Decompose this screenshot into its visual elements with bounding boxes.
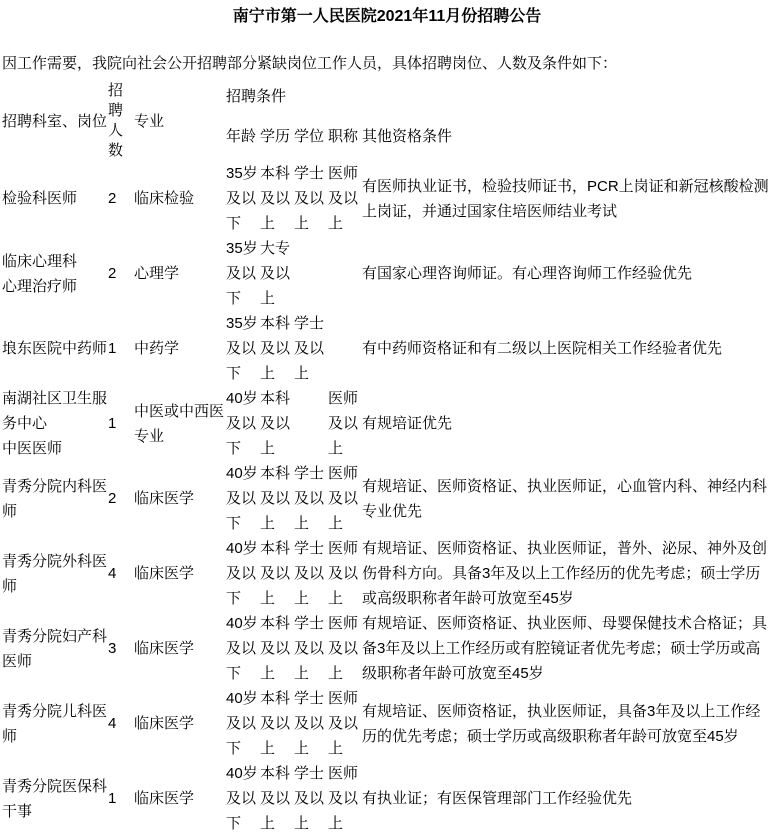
dept-cell: 青秀分院妇产科医师 bbox=[2, 611, 108, 686]
intro-text: 因工作需要，我院向社会公开招聘部分紧缺岗位工作人员，具体招聘岗位、人数及条件如下… bbox=[2, 55, 774, 73]
other-conditions-cell: 有规培证、医师资格证、执业医师证，心血管内科、神经内科专业优先 bbox=[362, 461, 774, 536]
age-cell: 35岁及以下 bbox=[226, 236, 260, 311]
count-cell: 2 bbox=[108, 461, 134, 536]
age-cell: 40岁及以下 bbox=[226, 686, 260, 761]
table-row: 青秀分院妇产科医师 3 临床医学 40岁及以下 本科及以上 学士及以上 医师及以… bbox=[2, 611, 774, 686]
header-age: 年龄 bbox=[226, 113, 260, 161]
age-cell: 40岁及以下 bbox=[226, 611, 260, 686]
major-cell: 临床医学 bbox=[134, 536, 226, 611]
recruitment-table: 招聘科室、岗位 招聘人数 专业 招聘条件 年龄 学历 学位 职称 其他资格条件 … bbox=[2, 81, 774, 836]
other-conditions-cell: 有国家心理咨询师证。有心理咨询师工作经验优先 bbox=[362, 236, 774, 311]
degree-cell: 学士及以上 bbox=[294, 311, 328, 386]
other-conditions-cell: 有中药师资格证和有二级以上医院相关工作经验者优先 bbox=[362, 311, 774, 386]
education-cell: 本科及以上 bbox=[260, 761, 294, 836]
dept-cell: 青秀分院医保科干事 bbox=[2, 761, 108, 836]
dept-cell: 临床心理科 心理治疗师 bbox=[2, 236, 108, 311]
major-cell: 心理学 bbox=[134, 236, 226, 311]
page-title: 南宁市第一人民医院2021年11月份招聘公告 bbox=[0, 0, 774, 27]
table-row: 青秀分院儿科医师 4 临床医学 40岁及以下 本科及以上 学士及以上 医师及以上… bbox=[2, 686, 774, 761]
table-row: 埌东医院中药师 1 中药学 35岁及以下 本科及以上 学士及以上 有中药师资格证… bbox=[2, 311, 774, 386]
age-cell: 40岁及以下 bbox=[226, 761, 260, 836]
table-row: 青秀分院外科医师 4 临床医学 40岁及以下 本科及以上 学士及以上 医师及以上… bbox=[2, 536, 774, 611]
header-education: 学历 bbox=[260, 113, 294, 161]
table-row: 青秀分院内科医师 2 临床医学 40岁及以下 本科及以上 学士及以上 医师及以上… bbox=[2, 461, 774, 536]
age-cell: 35岁及以下 bbox=[226, 311, 260, 386]
jobtitle-cell: 医师及以上 bbox=[328, 161, 362, 236]
jobtitle-cell: 医师及以上 bbox=[328, 761, 362, 836]
major-cell: 中药学 bbox=[134, 311, 226, 386]
count-cell: 4 bbox=[108, 536, 134, 611]
major-cell: 临床医学 bbox=[134, 761, 226, 836]
header-dept: 招聘科室、岗位 bbox=[2, 81, 108, 161]
degree-cell bbox=[294, 236, 328, 311]
jobtitle-cell: 医师及以上 bbox=[328, 461, 362, 536]
table-row: 青秀分院医保科干事 1 临床医学 40岁及以下 本科及以上 学士及以上 医师及以… bbox=[2, 761, 774, 836]
jobtitle-cell bbox=[328, 311, 362, 386]
degree-cell: 学士及以上 bbox=[294, 536, 328, 611]
education-cell: 本科及以上 bbox=[260, 536, 294, 611]
major-cell: 临床医学 bbox=[134, 461, 226, 536]
age-cell: 40岁及以下 bbox=[226, 386, 260, 461]
header-other: 其他资格条件 bbox=[362, 113, 774, 161]
degree-cell: 学士及以上 bbox=[294, 761, 328, 836]
degree-cell: 学士及以上 bbox=[294, 686, 328, 761]
education-cell: 大专及以上 bbox=[260, 236, 294, 311]
age-cell: 40岁及以下 bbox=[226, 536, 260, 611]
education-cell: 本科及以上 bbox=[260, 686, 294, 761]
age-cell: 40岁及以下 bbox=[226, 461, 260, 536]
other-conditions-cell: 有规培证、医师资格证，执业医师证，具备3年及以上工作经历的优先考虑；硕士学历或高… bbox=[362, 686, 774, 761]
count-cell: 3 bbox=[108, 611, 134, 686]
count-cell: 1 bbox=[108, 761, 134, 836]
major-cell: 临床医学 bbox=[134, 686, 226, 761]
table-header: 招聘科室、岗位 招聘人数 专业 招聘条件 年龄 学历 学位 职称 其他资格条件 bbox=[2, 81, 774, 161]
header-count: 招聘人数 bbox=[108, 81, 134, 161]
education-cell: 本科及以上 bbox=[260, 311, 294, 386]
major-cell: 中医或中西医专业 bbox=[134, 386, 226, 461]
education-cell: 本科及以上 bbox=[260, 386, 294, 461]
jobtitle-cell: 医师及以上 bbox=[328, 386, 362, 461]
header-row-1: 招聘科室、岗位 招聘人数 专业 招聘条件 bbox=[2, 81, 774, 113]
dept-cell: 青秀分院外科医师 bbox=[2, 536, 108, 611]
other-conditions-cell: 有医师执业证书，检验技师证书，PCR上岗证和新冠核酸检测上岗证，并通过国家住培医… bbox=[362, 161, 774, 236]
major-cell: 临床检验 bbox=[134, 161, 226, 236]
other-conditions-cell: 有执业证；有医保管理部门工作经验优先 bbox=[362, 761, 774, 836]
degree-cell: 学士及以上 bbox=[294, 611, 328, 686]
announcement-page: 南宁市第一人民医院2021年11月份招聘公告 因工作需要，我院向社会公开招聘部分… bbox=[0, 0, 774, 836]
table-row: 检验科医师 2 临床检验 35岁及以下 本科及以上 学士及以上 医师及以上 有医… bbox=[2, 161, 774, 236]
header-conditions: 招聘条件 bbox=[226, 81, 774, 113]
other-conditions-cell: 有规培证、医师资格证、执业医师证，普外、泌尿、神外及创伤骨科方向。具备3年及以上… bbox=[362, 536, 774, 611]
other-conditions-cell: 有规培证、医师资格证、执业医师、母婴保健技术合格证；具备3年及以上工作经历或有腔… bbox=[362, 611, 774, 686]
jobtitle-cell: 医师及以上 bbox=[328, 611, 362, 686]
dept-cell: 青秀分院儿科医师 bbox=[2, 686, 108, 761]
education-cell: 本科及以上 bbox=[260, 161, 294, 236]
degree-cell bbox=[294, 386, 328, 461]
count-cell: 2 bbox=[108, 161, 134, 236]
dept-cell: 青秀分院内科医师 bbox=[2, 461, 108, 536]
major-cell: 临床医学 bbox=[134, 611, 226, 686]
education-cell: 本科及以上 bbox=[260, 611, 294, 686]
other-conditions-cell: 有规培证优先 bbox=[362, 386, 774, 461]
education-cell: 本科及以上 bbox=[260, 461, 294, 536]
degree-cell: 学士及以上 bbox=[294, 161, 328, 236]
header-degree: 学位 bbox=[294, 113, 328, 161]
count-cell: 4 bbox=[108, 686, 134, 761]
table-row: 临床心理科 心理治疗师 2 心理学 35岁及以下 大专及以上 有国家心理咨询师证… bbox=[2, 236, 774, 311]
count-cell: 1 bbox=[108, 386, 134, 461]
header-major: 专业 bbox=[134, 81, 226, 161]
table-body: 检验科医师 2 临床检验 35岁及以下 本科及以上 学士及以上 医师及以上 有医… bbox=[2, 161, 774, 836]
table-row: 南湖社区卫生服务中心 中医医师 1 中医或中西医专业 40岁及以下 本科及以上 … bbox=[2, 386, 774, 461]
degree-cell: 学士及以上 bbox=[294, 461, 328, 536]
count-cell: 1 bbox=[108, 311, 134, 386]
jobtitle-cell: 医师及以上 bbox=[328, 536, 362, 611]
count-cell: 2 bbox=[108, 236, 134, 311]
dept-cell: 检验科医师 bbox=[2, 161, 108, 236]
dept-cell: 埌东医院中药师 bbox=[2, 311, 108, 386]
dept-cell: 南湖社区卫生服务中心 中医医师 bbox=[2, 386, 108, 461]
header-jobtitle: 职称 bbox=[328, 113, 362, 161]
jobtitle-cell bbox=[328, 236, 362, 311]
jobtitle-cell: 医师及以上 bbox=[328, 686, 362, 761]
age-cell: 35岁及以下 bbox=[226, 161, 260, 236]
